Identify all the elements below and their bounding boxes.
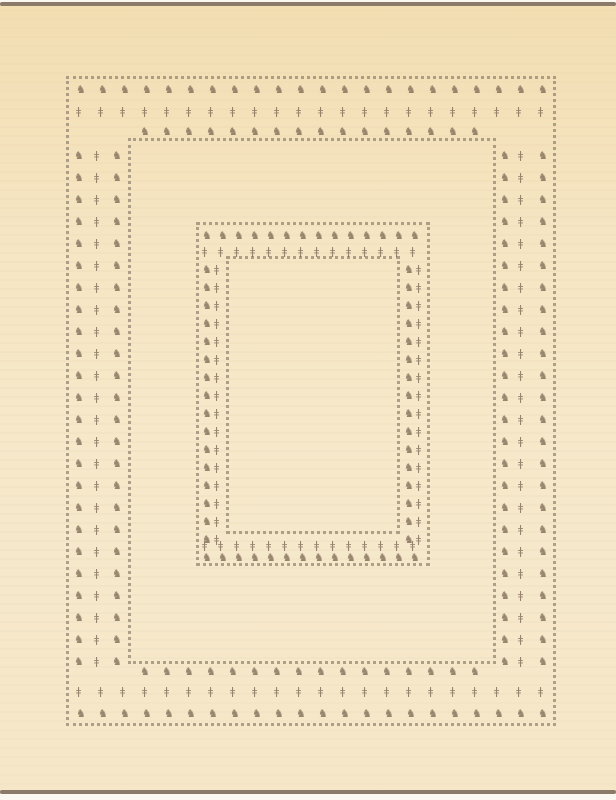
tree-icon: ǂ xyxy=(214,516,219,527)
animal-icon: ♞ xyxy=(538,546,548,557)
tree-icon: ǂ xyxy=(494,686,499,697)
animal-icon: ♞ xyxy=(74,194,84,205)
animal-icon: ♞ xyxy=(282,230,292,241)
tree-icon: ǂ xyxy=(214,444,219,455)
animal-icon: ♞ xyxy=(470,666,480,677)
tree-icon: ǂ xyxy=(94,634,99,645)
tree-icon: ǂ xyxy=(214,534,219,545)
animal-icon: ♞ xyxy=(428,84,438,95)
animal-icon: ♞ xyxy=(112,612,122,623)
animal-icon: ♞ xyxy=(202,552,212,563)
animal-icon: ♞ xyxy=(500,172,510,183)
tree-icon: ǂ xyxy=(416,282,421,293)
animal-icon: ♞ xyxy=(500,150,510,161)
animal-icon: ♞ xyxy=(404,408,414,419)
animal-icon: ♞ xyxy=(274,84,284,95)
animal-icon: ♞ xyxy=(74,634,84,645)
animal-icon: ♞ xyxy=(202,336,212,347)
tree-icon: ǂ xyxy=(208,106,213,117)
animal-icon: ♞ xyxy=(186,84,196,95)
animal-icon: ♞ xyxy=(298,230,308,241)
animal-icon: ♞ xyxy=(500,216,510,227)
animal-icon: ♞ xyxy=(472,84,482,95)
tree-icon: ǂ xyxy=(94,150,99,161)
animal-icon: ♞ xyxy=(202,480,212,491)
tree-icon: ǂ xyxy=(416,534,421,545)
tree-icon: ǂ xyxy=(230,106,235,117)
animal-icon: ♞ xyxy=(74,172,84,183)
animal-icon: ♞ xyxy=(450,84,460,95)
animal-icon: ♞ xyxy=(140,126,150,137)
animal-icon: ♞ xyxy=(500,194,510,205)
tree-icon: ǂ xyxy=(518,216,523,227)
tree-icon: ǂ xyxy=(518,656,523,667)
tree-icon: ǂ xyxy=(94,238,99,249)
animal-icon: ♞ xyxy=(384,708,394,719)
animal-icon: ♞ xyxy=(74,150,84,161)
tree-icon: ǂ xyxy=(406,686,411,697)
animal-icon: ♞ xyxy=(538,480,548,491)
animal-icon: ♞ xyxy=(538,656,548,667)
animal-icon: ♞ xyxy=(318,708,328,719)
animal-icon: ♞ xyxy=(202,318,212,329)
tree-icon: ǂ xyxy=(186,686,191,697)
animal-icon: ♞ xyxy=(76,708,86,719)
tree-icon: ǂ xyxy=(416,426,421,437)
tree-icon: ǂ xyxy=(94,546,99,557)
tree-icon: ǂ xyxy=(266,246,271,257)
animal-icon: ♞ xyxy=(538,612,548,623)
animal-icon: ♞ xyxy=(74,238,84,249)
animal-icon: ♞ xyxy=(272,666,282,677)
tree-icon: ǂ xyxy=(214,282,219,293)
tree-icon: ǂ xyxy=(450,106,455,117)
animal-icon: ♞ xyxy=(378,552,388,563)
tree-icon: ǂ xyxy=(274,106,279,117)
animal-icon: ♞ xyxy=(472,708,482,719)
tree-icon: ǂ xyxy=(252,686,257,697)
animal-icon: ♞ xyxy=(500,458,510,469)
animal-icon: ♞ xyxy=(206,126,216,137)
tree-icon: ǂ xyxy=(518,238,523,249)
tree-icon: ǂ xyxy=(208,686,213,697)
animal-icon: ♞ xyxy=(140,666,150,677)
tree-icon: ǂ xyxy=(296,686,301,697)
animal-icon: ♞ xyxy=(74,502,84,513)
animal-icon: ♞ xyxy=(538,150,548,161)
animal-icon: ♞ xyxy=(202,390,212,401)
tree-icon: ǂ xyxy=(94,260,99,271)
tree-icon: ǂ xyxy=(518,304,523,315)
animal-icon: ♞ xyxy=(74,304,84,315)
animal-icon: ♞ xyxy=(206,666,216,677)
animal-icon: ♞ xyxy=(500,502,510,513)
animal-icon: ♞ xyxy=(404,480,414,491)
animal-icon: ♞ xyxy=(186,708,196,719)
animal-icon: ♞ xyxy=(346,552,356,563)
animal-icon: ♞ xyxy=(410,552,420,563)
animal-icon: ♞ xyxy=(74,326,84,337)
animal-icon: ♞ xyxy=(202,534,212,545)
animal-icon: ♞ xyxy=(294,666,304,677)
animal-icon: ♞ xyxy=(394,552,404,563)
animal-icon: ♞ xyxy=(202,516,212,527)
animal-icon: ♞ xyxy=(74,524,84,535)
animal-icon: ♞ xyxy=(516,84,526,95)
animal-icon: ♞ xyxy=(74,260,84,271)
animal-icon: ♞ xyxy=(378,230,388,241)
animal-icon: ♞ xyxy=(340,84,350,95)
animal-icon: ♞ xyxy=(230,708,240,719)
animal-icon: ♞ xyxy=(142,84,152,95)
tree-icon: ǂ xyxy=(384,686,389,697)
animal-icon: ♞ xyxy=(74,656,84,667)
animal-icon: ♞ xyxy=(112,590,122,601)
animal-icon: ♞ xyxy=(340,708,350,719)
animal-icon: ♞ xyxy=(362,708,372,719)
animal-icon: ♞ xyxy=(538,634,548,645)
animal-icon: ♞ xyxy=(404,462,414,473)
animal-icon: ♞ xyxy=(538,260,548,271)
animal-icon: ♞ xyxy=(266,230,276,241)
animal-icon: ♞ xyxy=(74,590,84,601)
animal-icon: ♞ xyxy=(202,230,212,241)
tree-icon: ǂ xyxy=(518,612,523,623)
tree-icon: ǂ xyxy=(378,540,383,551)
tree-icon: ǂ xyxy=(94,326,99,337)
animal-icon: ♞ xyxy=(272,126,282,137)
tree-icon: ǂ xyxy=(318,106,323,117)
animal-icon: ♞ xyxy=(500,304,510,315)
tree-icon: ǂ xyxy=(318,686,323,697)
tree-icon: ǂ xyxy=(282,246,287,257)
animal-icon: ♞ xyxy=(74,568,84,579)
animal-icon: ♞ xyxy=(404,390,414,401)
tree-icon: ǂ xyxy=(250,540,255,551)
animal-icon: ♞ xyxy=(112,304,122,315)
tree-icon: ǂ xyxy=(120,686,125,697)
tree-icon: ǂ xyxy=(94,436,99,447)
tree-icon: ǂ xyxy=(516,106,521,117)
tree-icon: ǂ xyxy=(266,540,271,551)
tree-icon: ǂ xyxy=(94,282,99,293)
tree-icon: ǂ xyxy=(518,546,523,557)
tree-icon: ǂ xyxy=(518,150,523,161)
animal-icon: ♞ xyxy=(346,230,356,241)
animal-icon: ♞ xyxy=(112,216,122,227)
animal-icon: ♞ xyxy=(404,354,414,365)
animal-icon: ♞ xyxy=(112,370,122,381)
tree-icon: ǂ xyxy=(416,390,421,401)
animal-icon: ♞ xyxy=(330,552,340,563)
tree-icon: ǂ xyxy=(518,502,523,513)
tree-icon: ǂ xyxy=(94,656,99,667)
tree-icon: ǂ xyxy=(76,106,81,117)
animal-icon: ♞ xyxy=(230,84,240,95)
tree-icon: ǂ xyxy=(94,524,99,535)
tree-icon: ǂ xyxy=(362,686,367,697)
tree-icon: ǂ xyxy=(142,106,147,117)
animal-icon: ♞ xyxy=(500,392,510,403)
animal-icon: ♞ xyxy=(112,502,122,513)
animal-icon: ♞ xyxy=(500,568,510,579)
tree-icon: ǂ xyxy=(410,246,415,257)
animal-icon: ♞ xyxy=(202,300,212,311)
animal-icon: ♞ xyxy=(500,370,510,381)
tree-icon: ǂ xyxy=(416,462,421,473)
animal-icon: ♞ xyxy=(404,264,414,275)
animal-icon: ♞ xyxy=(500,546,510,557)
tree-icon: ǂ xyxy=(416,372,421,383)
tree-icon: ǂ xyxy=(330,540,335,551)
animal-icon: ♞ xyxy=(500,348,510,359)
animal-icon: ♞ xyxy=(252,84,262,95)
animal-icon: ♞ xyxy=(450,708,460,719)
tree-icon: ǂ xyxy=(94,590,99,601)
tree-icon: ǂ xyxy=(416,264,421,275)
tree-icon: ǂ xyxy=(416,318,421,329)
tree-icon: ǂ xyxy=(518,172,523,183)
animal-icon: ♞ xyxy=(538,436,548,447)
animal-icon: ♞ xyxy=(538,370,548,381)
animal-icon: ♞ xyxy=(74,436,84,447)
tree-icon: ǂ xyxy=(518,282,523,293)
animal-icon: ♞ xyxy=(250,230,260,241)
animal-icon: ♞ xyxy=(538,414,548,425)
animal-icon: ♞ xyxy=(404,336,414,347)
tree-icon: ǂ xyxy=(538,686,543,697)
animal-icon: ♞ xyxy=(234,552,244,563)
animal-icon: ♞ xyxy=(112,436,122,447)
animal-icon: ♞ xyxy=(500,260,510,271)
tree-icon: ǂ xyxy=(518,392,523,403)
tree-icon: ǂ xyxy=(76,686,81,697)
animal-icon: ♞ xyxy=(338,666,348,677)
tree-icon: ǂ xyxy=(250,246,255,257)
tree-icon: ǂ xyxy=(94,392,99,403)
animal-icon: ♞ xyxy=(112,524,122,535)
tree-icon: ǂ xyxy=(494,106,499,117)
animal-icon: ♞ xyxy=(208,84,218,95)
tree-icon: ǂ xyxy=(518,590,523,601)
animal-icon: ♞ xyxy=(500,282,510,293)
tree-icon: ǂ xyxy=(518,458,523,469)
tree-icon: ǂ xyxy=(94,568,99,579)
animal-icon: ♞ xyxy=(538,304,548,315)
animal-icon: ♞ xyxy=(500,590,510,601)
tree-icon: ǂ xyxy=(516,686,521,697)
animal-icon: ♞ xyxy=(112,634,122,645)
tree-icon: ǂ xyxy=(214,480,219,491)
animal-icon: ♞ xyxy=(120,84,130,95)
tree-icon: ǂ xyxy=(214,390,219,401)
tree-icon: ǂ xyxy=(214,462,219,473)
animal-icon: ♞ xyxy=(112,194,122,205)
animal-icon: ♞ xyxy=(74,546,84,557)
animal-icon: ♞ xyxy=(184,126,194,137)
animal-icon: ♞ xyxy=(362,230,372,241)
animal-icon: ♞ xyxy=(426,666,436,677)
animal-icon: ♞ xyxy=(428,708,438,719)
tree-icon: ǂ xyxy=(94,414,99,425)
animal-icon: ♞ xyxy=(218,230,228,241)
animal-icon: ♞ xyxy=(228,126,238,137)
animal-icon: ♞ xyxy=(112,458,122,469)
animal-icon: ♞ xyxy=(406,708,416,719)
tree-icon: ǂ xyxy=(362,540,367,551)
tree-icon: ǂ xyxy=(346,540,351,551)
tree-icon: ǂ xyxy=(394,540,399,551)
animal-icon: ♞ xyxy=(74,612,84,623)
animal-icon: ♞ xyxy=(406,84,416,95)
tree-icon: ǂ xyxy=(518,370,523,381)
animal-icon: ♞ xyxy=(74,216,84,227)
animal-icon: ♞ xyxy=(538,708,548,719)
animal-icon: ♞ xyxy=(500,436,510,447)
animal-icon: ♞ xyxy=(516,708,526,719)
animal-icon: ♞ xyxy=(202,498,212,509)
animal-icon: ♞ xyxy=(404,426,414,437)
animal-icon: ♞ xyxy=(314,230,324,241)
animal-icon: ♞ xyxy=(274,708,284,719)
animal-icon: ♞ xyxy=(500,326,510,337)
animal-icon: ♞ xyxy=(184,666,194,677)
animal-icon: ♞ xyxy=(202,444,212,455)
tree-icon: ǂ xyxy=(94,304,99,315)
tree-icon: ǂ xyxy=(384,106,389,117)
tree-icon: ǂ xyxy=(340,686,345,697)
tree-icon: ǂ xyxy=(416,336,421,347)
animal-icon: ♞ xyxy=(74,282,84,293)
animal-icon: ♞ xyxy=(538,392,548,403)
animal-icon: ♞ xyxy=(142,708,152,719)
animal-icon: ♞ xyxy=(294,126,304,137)
animal-icon: ♞ xyxy=(538,172,548,183)
animal-icon: ♞ xyxy=(112,348,122,359)
tree-icon: ǂ xyxy=(340,106,345,117)
animal-icon: ♞ xyxy=(500,612,510,623)
tree-icon: ǂ xyxy=(214,426,219,437)
tree-icon: ǂ xyxy=(518,524,523,535)
tree-icon: ǂ xyxy=(94,194,99,205)
tree-icon: ǂ xyxy=(98,106,103,117)
animal-icon: ♞ xyxy=(538,348,548,359)
tree-icon: ǂ xyxy=(94,612,99,623)
animal-icon: ♞ xyxy=(404,300,414,311)
tree-icon: ǂ xyxy=(94,348,99,359)
tree-icon: ǂ xyxy=(472,686,477,697)
animal-icon: ♞ xyxy=(112,392,122,403)
animal-icon: ♞ xyxy=(112,414,122,425)
tree-icon: ǂ xyxy=(214,300,219,311)
animal-icon: ♞ xyxy=(404,666,414,677)
animal-icon: ♞ xyxy=(538,216,548,227)
animal-icon: ♞ xyxy=(470,126,480,137)
animal-icon: ♞ xyxy=(218,552,228,563)
animal-icon: ♞ xyxy=(228,666,238,677)
tree-icon: ǂ xyxy=(416,480,421,491)
animal-icon: ♞ xyxy=(538,502,548,513)
animal-icon: ♞ xyxy=(448,126,458,137)
tree-icon: ǂ xyxy=(230,686,235,697)
tree-icon: ǂ xyxy=(518,634,523,645)
tree-icon: ǂ xyxy=(450,686,455,697)
animal-icon: ♞ xyxy=(382,126,392,137)
tree-icon: ǂ xyxy=(214,318,219,329)
animal-icon: ♞ xyxy=(538,590,548,601)
tree-icon: ǂ xyxy=(518,348,523,359)
tree-icon: ǂ xyxy=(214,372,219,383)
tree-icon: ǂ xyxy=(406,106,411,117)
tree-icon: ǂ xyxy=(416,498,421,509)
animal-icon: ♞ xyxy=(500,238,510,249)
tree-icon: ǂ xyxy=(394,246,399,257)
animal-icon: ♞ xyxy=(112,238,122,249)
animal-icon: ♞ xyxy=(98,708,108,719)
animal-icon: ♞ xyxy=(538,194,548,205)
animal-icon: ♞ xyxy=(500,656,510,667)
animal-icon: ♞ xyxy=(74,480,84,491)
animal-icon: ♞ xyxy=(120,708,130,719)
animal-icon: ♞ xyxy=(538,458,548,469)
tree-icon: ǂ xyxy=(362,246,367,257)
tree-icon: ǂ xyxy=(142,686,147,697)
animal-icon: ♞ xyxy=(316,126,326,137)
animal-icon: ♞ xyxy=(314,552,324,563)
tree-icon: ǂ xyxy=(164,686,169,697)
animal-icon: ♞ xyxy=(74,414,84,425)
animal-icon: ♞ xyxy=(538,84,548,95)
animal-icon: ♞ xyxy=(74,348,84,359)
tree-icon: ǂ xyxy=(94,502,99,513)
tree-icon: ǂ xyxy=(202,246,207,257)
animal-icon: ♞ xyxy=(282,552,292,563)
animal-icon: ♞ xyxy=(208,708,218,719)
tree-icon: ǂ xyxy=(252,106,257,117)
animal-icon: ♞ xyxy=(538,568,548,579)
animal-icon: ♞ xyxy=(112,656,122,667)
animal-icon: ♞ xyxy=(538,238,548,249)
animal-icon: ♞ xyxy=(362,84,372,95)
animal-icon: ♞ xyxy=(252,708,262,719)
tree-icon: ǂ xyxy=(94,370,99,381)
animal-icon: ♞ xyxy=(500,480,510,491)
tree-icon: ǂ xyxy=(234,540,239,551)
animal-icon: ♞ xyxy=(538,282,548,293)
animal-icon: ♞ xyxy=(74,370,84,381)
tree-icon: ǂ xyxy=(378,246,383,257)
tree-icon: ǂ xyxy=(428,106,433,117)
animal-icon: ♞ xyxy=(360,126,370,137)
tree-icon: ǂ xyxy=(214,498,219,509)
tree-icon: ǂ xyxy=(94,458,99,469)
animal-icon: ♞ xyxy=(404,534,414,545)
animal-icon: ♞ xyxy=(538,326,548,337)
animal-icon: ♞ xyxy=(330,230,340,241)
animal-icon: ♞ xyxy=(162,666,172,677)
tree-icon: ǂ xyxy=(214,264,219,275)
tree-icon: ǂ xyxy=(416,354,421,365)
animal-icon: ♞ xyxy=(338,126,348,137)
tree-icon: ǂ xyxy=(518,194,523,205)
animal-icon: ♞ xyxy=(298,552,308,563)
tree-icon: ǂ xyxy=(416,444,421,455)
animal-icon: ♞ xyxy=(404,126,414,137)
tree-icon: ǂ xyxy=(98,686,103,697)
tree-icon: ǂ xyxy=(298,540,303,551)
tree-icon: ǂ xyxy=(346,246,351,257)
animal-icon: ♞ xyxy=(266,552,276,563)
